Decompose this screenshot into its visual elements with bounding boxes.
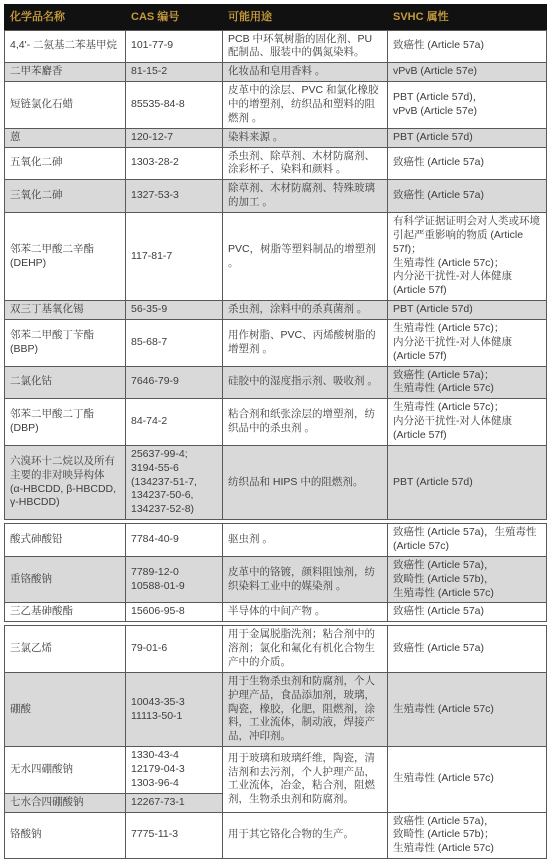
chemical-table-section-3: 三氯乙烯79-01-6用于金属脱脂洗剂；粘合剂中的溶剂；氯化和氟化有机化合物生产… xyxy=(4,625,547,859)
svhc-property-cell: 致癌性 (Article 57a) xyxy=(388,30,547,63)
possible-use-cell: 皮革中的涂层、PVC 和氯化橡胶中的增塑剂，纺织品和塑料的阻燃剂 。 xyxy=(223,82,388,129)
chemical-name-cell: 邻苯二甲酸二辛酯 (DEHP) xyxy=(5,212,126,300)
possible-use-cell: 用作树脂、PVC、丙烯酸树脂的增塑剂 。 xyxy=(223,319,388,366)
cas-number-cell: 1303-28-2 xyxy=(126,147,223,180)
column-header-cas-number: CAS 编号 xyxy=(126,5,223,31)
table-row: 短链氯化石蜡85535-84-8皮革中的涂层、PVC 和氯化橡胶中的增塑剂，纺织… xyxy=(5,82,547,129)
table-row: 五氧化二砷1303-28-2杀虫剂、除草剂、木材防腐剂、涂彩杯子、染料和颜料 。… xyxy=(5,147,547,180)
svhc-property-cell: PBT (Article 57d) xyxy=(388,128,547,147)
svhc-property-cell: vPvB (Article 57e) xyxy=(388,63,547,82)
table-row: 重铬酸钠7789-12-0 10588-01-9皮革中的铬镀，颜料阻蚀剂，纺织染… xyxy=(5,556,547,603)
svhc-property-cell: 致癌性 (Article 57a)， 致畸性 (Article 57b)， 生殖… xyxy=(388,556,547,603)
svhc-property-cell: PBT (Article 57d) xyxy=(388,301,547,320)
chemical-name-cell: 蒽 xyxy=(5,128,126,147)
possible-use-cell: 化妆品和皂用香料 。 xyxy=(223,63,388,82)
chemical-name-cell: 七水合四硼酸钠 xyxy=(5,793,126,812)
possible-use-cell: 杀虫剂，涂料中的杀真菌剂 。 xyxy=(223,301,388,320)
possible-use-cell: 粘合剂和纸张涂层的增塑剂，纺织品中的杀虫剂 。 xyxy=(223,399,388,446)
cas-number-cell: 12267-73-1 xyxy=(126,793,223,812)
table-row: 三氧化二砷1327-53-3除草剂、木材防腐剂、特殊玻璃的加工 。致癌性 (Ar… xyxy=(5,180,547,213)
cas-number-cell: 85-68-7 xyxy=(126,319,223,366)
table-row: 4,4'- 二氨基二苯基甲烷101-77-9PCB 中环氧树脂的固化剂、PU 配… xyxy=(5,30,547,63)
table-row: 硼酸10043-35-3 11113-50-1用于生物杀虫剂和防腐剂，个人护理产… xyxy=(5,672,547,746)
chemical-name-cell: 铬酸钠 xyxy=(5,812,126,859)
svhc-property-cell: 生殖毒性 (Article 57c) xyxy=(388,747,547,812)
table-row: 蒽120-12-7染料来源 。PBT (Article 57d) xyxy=(5,128,547,147)
chemical-name-cell: 二甲苯麝香 xyxy=(5,63,126,82)
chemical-name-cell: 三氯乙烯 xyxy=(5,626,126,673)
svhc-property-cell: PBT (Article 57d)， vPvB (Article 57e) xyxy=(388,82,547,129)
table-row: 二氯化钴7646-79-9硅胶中的湿度指示剂、吸收剂 。致癌性 (Article… xyxy=(5,366,547,399)
svhc-property-cell: 致癌性 (Article 57a) xyxy=(388,626,547,673)
chemical-name-cell: 重铬酸钠 xyxy=(5,556,126,603)
svhc-property-cell: 生殖毒性 (Article 57c) xyxy=(388,672,547,746)
chemical-table-section-2: 酸式砷酸铅7784-40-9驱虫剂 。致癌性 (Article 57a)，生殖毒… xyxy=(4,523,547,622)
cas-number-cell: 84-74-2 xyxy=(126,399,223,446)
chemical-name-cell: 无水四硼酸钠 xyxy=(5,747,126,794)
table-row: 邻苯二甲酸二辛酯 (DEHP)117-81-7PVC，树脂等塑料制品的增塑剂 。… xyxy=(5,212,547,300)
possible-use-cell: 杀虫剂、除草剂、木材防腐剂、涂彩杯子、染料和颜料 。 xyxy=(223,147,388,180)
table-row: 六溴环十二烷以及所有主要的非对映异构体 (α-HBCDD, β-HBCDD, γ… xyxy=(5,445,547,519)
chemical-name-cell: 三氧化二砷 xyxy=(5,180,126,213)
table-row: 三氯乙烯79-01-6用于金属脱脂洗剂；粘合剂中的溶剂；氯化和氟化有机化合物生产… xyxy=(5,626,547,673)
svhc-property-cell: 生殖毒性 (Article 57c)； 内分泌干扰性-对人体健康 (Articl… xyxy=(388,399,547,446)
cas-number-cell: 85535-84-8 xyxy=(126,82,223,129)
cas-number-cell: 10043-35-3 11113-50-1 xyxy=(126,672,223,746)
cas-number-cell: 25637-99-4; 3194-55-6 (134237-51-7, 1342… xyxy=(126,445,223,519)
possible-use-cell: 除草剂、木材防腐剂、特殊玻璃的加工 。 xyxy=(223,180,388,213)
column-header-possible-use: 可能用途 xyxy=(223,5,388,31)
cas-number-cell: 101-77-9 xyxy=(126,30,223,63)
cas-number-cell: 1327-53-3 xyxy=(126,180,223,213)
possible-use-cell: 皮革中的铬镀，颜料阻蚀剂，纺织染料工业中的媒染剂 。 xyxy=(223,556,388,603)
table-row: 酸式砷酸铅7784-40-9驱虫剂 。致癌性 (Article 57a)，生殖毒… xyxy=(5,524,547,557)
chemical-name-cell: 二氯化钴 xyxy=(5,366,126,399)
svhc-property-cell: 致癌性 (Article 57a)，生殖毒性 (Article 57c) xyxy=(388,524,547,557)
possible-use-cell: 用于金属脱脂洗剂；粘合剂中的溶剂；氯化和氟化有机化合物生产中的介质。 xyxy=(223,626,388,673)
header-row: 化学品名称CAS 编号可能用途SVHC 属性 xyxy=(5,5,547,31)
table-row: 邻苯二甲酸丁苄酯 (BBP)85-68-7用作树脂、PVC、丙烯酸树脂的增塑剂 … xyxy=(5,319,547,366)
possible-use-cell: 硅胶中的湿度指示剂、吸收剂 。 xyxy=(223,366,388,399)
cas-number-cell: 79-01-6 xyxy=(126,626,223,673)
possible-use-cell: PVC，树脂等塑料制品的增塑剂 。 xyxy=(223,212,388,300)
possible-use-cell: 用于生物杀虫剂和防腐剂，个人护理产品，食品添加剂，玻璃，陶瓷，橡胶，化肥，阻燃剂… xyxy=(223,672,388,746)
possible-use-cell: 驱虫剂 。 xyxy=(223,524,388,557)
chemical-name-cell: 三乙基砷酸酯 xyxy=(5,603,126,622)
chemical-name-cell: 邻苯二甲酸丁苄酯 (BBP) xyxy=(5,319,126,366)
cas-number-cell: 120-12-7 xyxy=(126,128,223,147)
chemical-name-cell: 五氧化二砷 xyxy=(5,147,126,180)
possible-use-cell: 纺织品和 HIPS 中的阻燃剂。 xyxy=(223,445,388,519)
column-header-chemical-name: 化学品名称 xyxy=(5,5,126,31)
chemical-name-cell: 双三丁基氧化锡 xyxy=(5,301,126,320)
svhc-property-cell: PBT (Article 57d) xyxy=(388,445,547,519)
table-row: 铬酸钠7775-11-3用于其它铬化合物的生产。致癌性 (Article 57a… xyxy=(5,812,547,859)
chemical-name-cell: 邻苯二甲酸二丁酯 (DBP) xyxy=(5,399,126,446)
possible-use-cell: 染料来源 。 xyxy=(223,128,388,147)
chemical-name-cell: 六溴环十二烷以及所有主要的非对映异构体 (α-HBCDD, β-HBCDD, γ… xyxy=(5,445,126,519)
cas-number-cell: 7646-79-9 xyxy=(126,366,223,399)
table-row: 无水四硼酸钠1330-43-4 12179-04-3 1303-96-4用于玻璃… xyxy=(5,747,547,794)
svhc-property-cell: 生殖毒性 (Article 57c)； 内分泌干扰性-对人体健康 (Articl… xyxy=(388,319,547,366)
table-row: 双三丁基氧化锡56-35-9杀虫剂，涂料中的杀真菌剂 。PBT (Article… xyxy=(5,301,547,320)
chemical-name-cell: 酸式砷酸铅 xyxy=(5,524,126,557)
svhc-property-cell: 致癌性 (Article 57a) xyxy=(388,147,547,180)
possible-use-cell: 用于玻璃和玻璃纤维，陶瓷，清洁剂和去污剂，个人护理产品，工业流体，冶金，粘合剂，… xyxy=(223,747,388,812)
chemical-name-cell: 硼酸 xyxy=(5,672,126,746)
svhc-property-cell: 有科学证据证明会对人类或环境引起严重影响的物质 (Article 57f)； 生… xyxy=(388,212,547,300)
svhc-property-cell: 致癌性 (Article 57a)； 生殖毒性 (Article 57c) xyxy=(388,366,547,399)
cas-number-cell: 81-15-2 xyxy=(126,63,223,82)
chemical-name-cell: 4,4'- 二氨基二苯基甲烷 xyxy=(5,30,126,63)
possible-use-cell: 半导体的中间产物 。 xyxy=(223,603,388,622)
possible-use-cell: 用于其它铬化合物的生产。 xyxy=(223,812,388,859)
cas-number-cell: 56-35-9 xyxy=(126,301,223,320)
possible-use-cell: PCB 中环氧树脂的固化剂、PU 配制品、服装中的偶氮染料。 xyxy=(223,30,388,63)
svhc-property-cell: 致癌性 (Article 57a) xyxy=(388,603,547,622)
cas-number-cell: 7775-11-3 xyxy=(126,812,223,859)
svhc-property-cell: 致癌性 (Article 57a) xyxy=(388,180,547,213)
cas-number-cell: 7789-12-0 10588-01-9 xyxy=(126,556,223,603)
cas-number-cell: 1330-43-4 12179-04-3 1303-96-4 xyxy=(126,747,223,794)
cas-number-cell: 117-81-7 xyxy=(126,212,223,300)
table-row: 邻苯二甲酸二丁酯 (DBP)84-74-2粘合剂和纸张涂层的增塑剂，纺织品中的杀… xyxy=(5,399,547,446)
chemical-name-cell: 短链氯化石蜡 xyxy=(5,82,126,129)
column-header-svhc-property: SVHC 属性 xyxy=(388,5,547,31)
chemical-table-section-1: 化学品名称CAS 编号可能用途SVHC 属性4,4'- 二氨基二苯基甲烷101-… xyxy=(4,4,547,520)
svhc-chemical-table-document: 化学品名称CAS 编号可能用途SVHC 属性4,4'- 二氨基二苯基甲烷101-… xyxy=(0,0,550,863)
table-row: 三乙基砷酸酯15606-95-8半导体的中间产物 。致癌性 (Article 5… xyxy=(5,603,547,622)
svhc-property-cell: 致癌性 (Article 57a)， 致畸性 (Article 57b)； 生殖… xyxy=(388,812,547,859)
cas-number-cell: 7784-40-9 xyxy=(126,524,223,557)
table-row: 二甲苯麝香81-15-2化妆品和皂用香料 。vPvB (Article 57e) xyxy=(5,63,547,82)
cas-number-cell: 15606-95-8 xyxy=(126,603,223,622)
